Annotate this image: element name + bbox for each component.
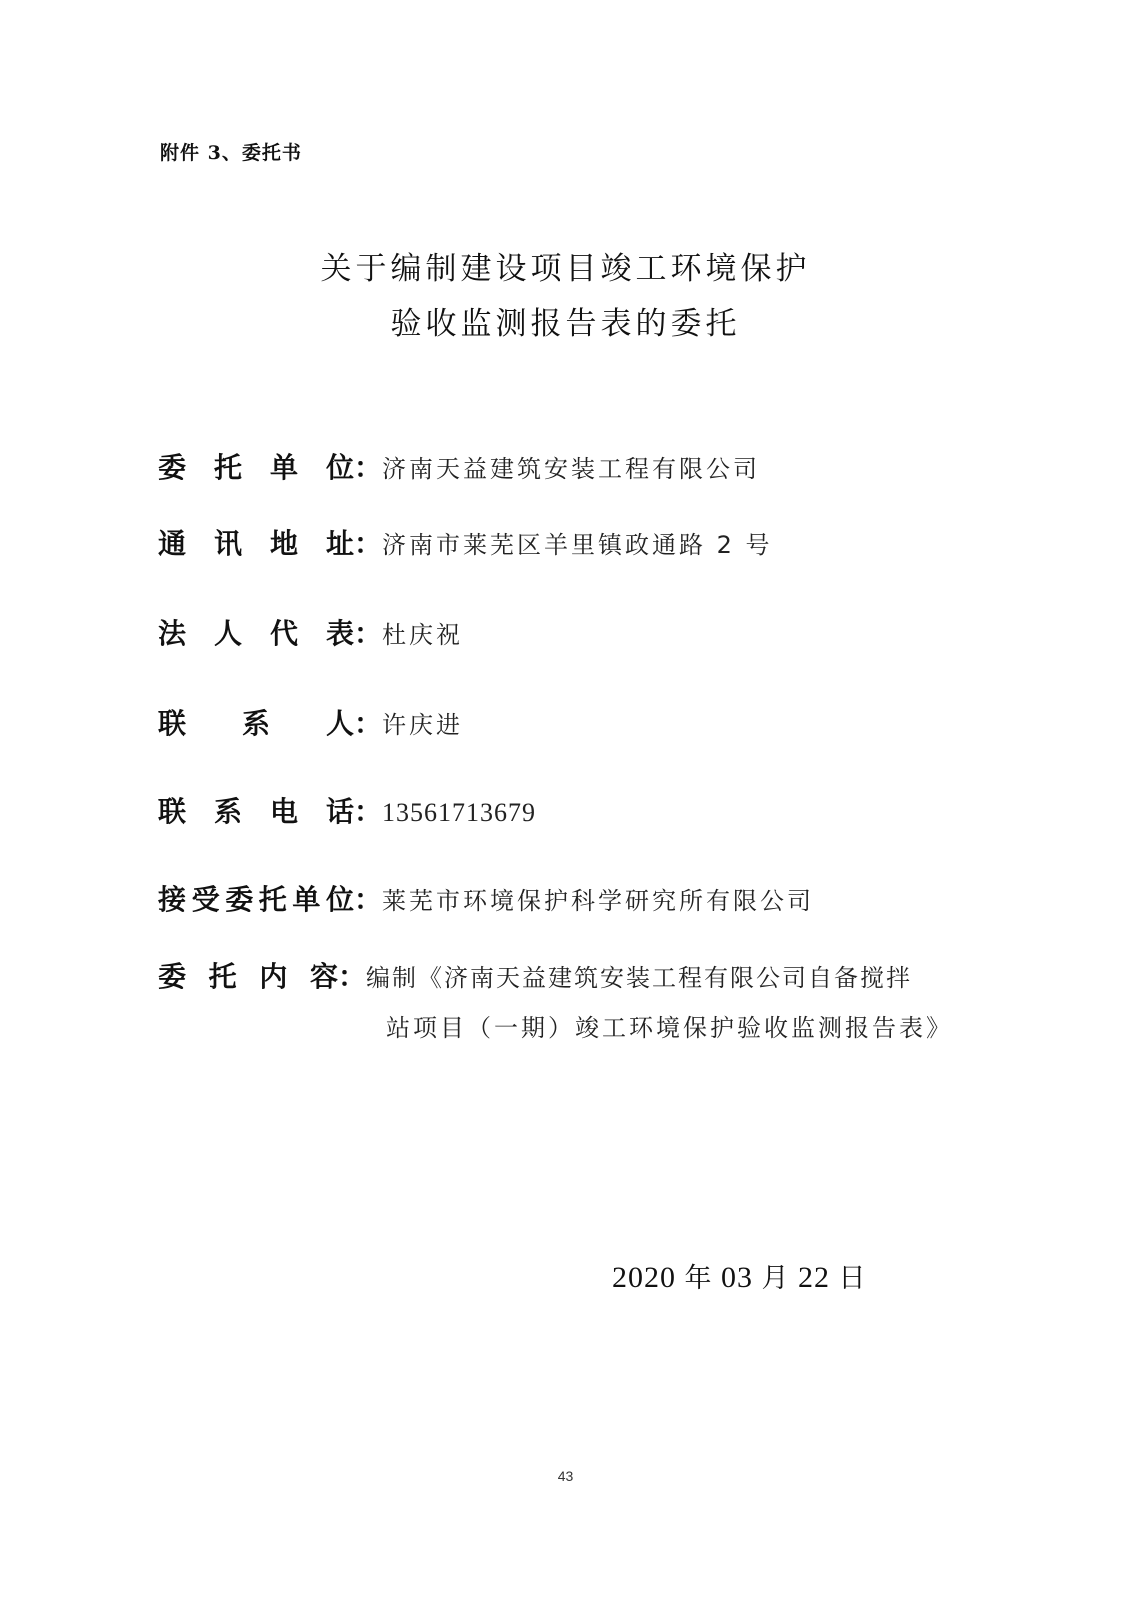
- attachment-heading: 附件 3、委托书: [160, 138, 302, 165]
- date-year: 2020: [612, 1261, 676, 1294]
- colon: ：: [354, 878, 382, 918]
- field-value: 杜庆祝: [382, 615, 463, 650]
- colon: ：: [338, 955, 366, 995]
- date-month: 03: [721, 1261, 753, 1294]
- field-label: 接受委托单位: [158, 878, 354, 918]
- field-label: 联系电话: [158, 790, 354, 830]
- colon: ：: [354, 612, 382, 652]
- field-value: 济南市莱芜区羊里镇政通路 2 号: [382, 525, 773, 560]
- field-contact-person: 联系人 ： 许庆进: [158, 702, 463, 742]
- date-day-unit: 日: [839, 1263, 867, 1294]
- date-year-unit: 年: [685, 1263, 713, 1294]
- field-legal-representative: 法人代表 ： 杜庆祝: [158, 612, 463, 652]
- field-accepting-unit: 接受委托单位 ： 莱芜市环境保护科学研究所有限公司: [158, 878, 814, 918]
- document-title-line-2: 验收监测报告表的委托: [0, 298, 1131, 343]
- entrusted-content-continuation: 站项目（一期）竣工环境保护验收监测报告表》: [386, 1008, 953, 1043]
- field-label: 法人代表: [158, 612, 354, 652]
- field-value: 莱芜市环境保护科学研究所有限公司: [382, 881, 814, 916]
- colon: ：: [354, 446, 382, 486]
- field-value: 济南天益建筑安装工程有限公司: [382, 449, 760, 484]
- colon: ：: [354, 522, 382, 562]
- field-label: 联系人: [158, 702, 354, 742]
- field-value: 13561713679: [382, 798, 536, 828]
- document-date: 2020 年 03 月 22 日: [612, 1256, 867, 1295]
- colon: ：: [354, 790, 382, 830]
- field-label: 通讯地址: [158, 522, 354, 562]
- field-label: 委托单位: [158, 446, 354, 486]
- date-day: 22: [798, 1261, 830, 1294]
- field-entrusted-content: 委托内容 ： 编制《济南天益建筑安装工程有限公司自备搅拌: [158, 955, 912, 995]
- field-value: 许庆进: [382, 705, 463, 740]
- document-title-line-1: 关于编制建设项目竣工环境保护: [0, 243, 1131, 288]
- field-label: 委托内容: [158, 955, 338, 995]
- page-number: 43: [0, 1468, 1131, 1484]
- field-value: 编制《济南天益建筑安装工程有限公司自备搅拌: [366, 958, 912, 993]
- field-address: 通讯地址 ： 济南市莱芜区羊里镇政通路 2 号: [158, 522, 773, 562]
- field-contact-phone: 联系电话 ： 13561713679: [158, 790, 536, 830]
- colon: ：: [354, 702, 382, 742]
- field-entrusting-unit: 委托单位 ： 济南天益建筑安装工程有限公司: [158, 446, 760, 486]
- date-month-unit: 月: [762, 1263, 790, 1294]
